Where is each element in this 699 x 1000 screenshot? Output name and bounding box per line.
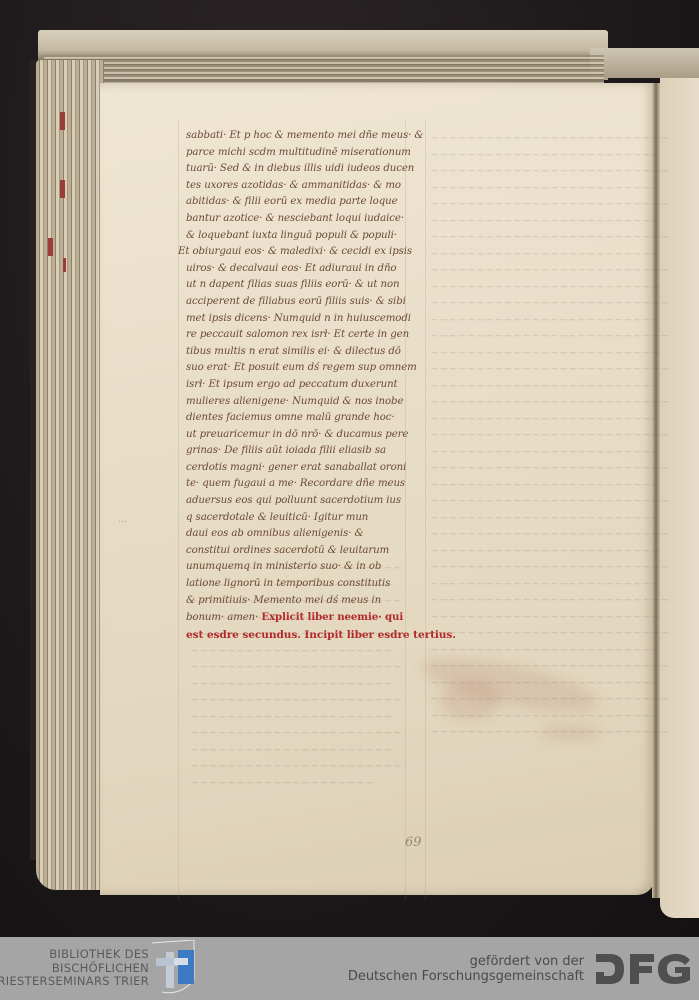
text-line: sabbati· Et p hoc & memento mei dñe meus… (186, 128, 406, 145)
text-line: daui eos ab omnibus alienigenis· & (186, 526, 406, 543)
text-line: mulieres alienigene· Numquid & nos inobe (186, 394, 406, 411)
dfg-logo-icon (596, 952, 692, 986)
text-line: uiros· & decalvaui eos· Et adiuraui in d… (186, 261, 406, 278)
text-line: re peccauit salomon rex isrł· Et certe i… (186, 327, 406, 344)
ruling-line (425, 120, 426, 900)
footer-bar: BIBLIOTHEK DES BISCHÖFLICHEN PRIESTERSEM… (0, 937, 699, 1000)
text-line: Et obiurgaui eos· & maledixi· & cecidi e… (178, 244, 406, 261)
text-fragment: bonum· amen· (186, 612, 258, 623)
show-through-text: ~~~~~~~~~~~~~~~~~~~~~~~~~~ ~~~~~~~~~~~~~… (430, 130, 670, 741)
text-line: ut n dарent filias suas filiis eorū· & u… (186, 277, 406, 294)
text-line: isrł· Et ipsum ergo ad peccatum duxerunt (186, 377, 406, 394)
text-line: tes uxores azotidas· & ammanitidas· & mo (186, 178, 406, 195)
book-cover-edge (590, 48, 699, 78)
library-name-line: PRIESTERSEMINARS TRIER (0, 975, 149, 989)
text-line: constitui ordines sacerdotū & leuitarum (186, 543, 406, 560)
text-line: tuarū· Sed & in diebus illis uidi iudeos… (186, 161, 406, 178)
manuscript-scan: ~~~~~~~~~~~~~~~~~~~~~~~ ~~~~~~~~~~~~~~~~… (0, 0, 699, 937)
text-line: aduersus eos qui polluunt sacerdotium iu… (186, 493, 406, 510)
bookmark-tab (63, 258, 66, 272)
ruling-line (178, 120, 179, 900)
text-line: latione lignorū in temporibus constituti… (186, 576, 406, 593)
text-line: ut preuaricemur in dō nrō· & ducamus per… (186, 427, 406, 444)
page-stack-top (44, 55, 604, 83)
funder-text: gefördert von der Deutschen Forschungsge… (348, 954, 584, 984)
folio-number: 69 (405, 835, 422, 850)
text-line: dientes faciemus omne malū grande hoc· (186, 410, 406, 427)
text-line: grinas· De filiis aūt ioiada filii elias… (186, 443, 406, 460)
rubric-explicit: Explicit liber neemie· qui (261, 611, 403, 623)
bookmark-tab (48, 238, 53, 256)
text-line: & primitiuis· Memento mei dś meus in (186, 593, 406, 610)
text-line-explicit: bonum· amen· Explicit liber neemie· qui (186, 609, 406, 627)
library-name: BIBLIOTHEK DES BISCHÖFLICHEN PRIESTERSEM… (0, 948, 149, 989)
text-line: q sacerdotale & leuiticū· Igitur mun (186, 510, 406, 527)
manuscript-text-column: sabbati· Et p hoc & memento mei dñe meus… (186, 128, 406, 643)
text-line: tibus multis n erat similis ei· & dilect… (186, 344, 406, 361)
bookmark-tab (60, 180, 65, 198)
text-line: unumquemq in ministerio suo· & in ob (186, 559, 406, 576)
trier-seminary-shield-icon (150, 940, 200, 998)
text-line: te· quem fugaui a me· Recordare dñe meus (186, 476, 406, 493)
text-line: met ipsis dicens· Numquid n in huiuscemo… (186, 311, 406, 328)
text-line: parce michi scdm multitudinē miserationu… (186, 145, 406, 162)
rubric-incipit: est esdre secundus. Incipit liber esdre … (186, 627, 406, 644)
text-line: suo erat· Et posuit eum dś regem sup omn… (186, 360, 406, 377)
bookmark-tab (60, 112, 65, 130)
library-name-line: BISCHÖFLICHEN (0, 962, 149, 976)
library-name-line: BIBLIOTHEK DES (0, 948, 149, 962)
text-line: cerdotis magni· gener erat sanaballat or… (186, 460, 406, 477)
funder-line: Deutschen Forschungsgemeinschaft (348, 969, 584, 984)
text-line: & loquebant iuxta linguā populi & populi… (186, 228, 406, 245)
text-line: acciperent de filiabus eorū filiis suis·… (186, 294, 406, 311)
text-line: bantur azotice· & nesciebant loqui iudai… (186, 211, 406, 228)
funder-line: gefördert von der (348, 954, 584, 969)
page-fore-edge (36, 60, 104, 890)
margin-note: … (118, 515, 127, 525)
text-line: abitidas· & filii eorū ex media parte lo… (186, 194, 406, 211)
